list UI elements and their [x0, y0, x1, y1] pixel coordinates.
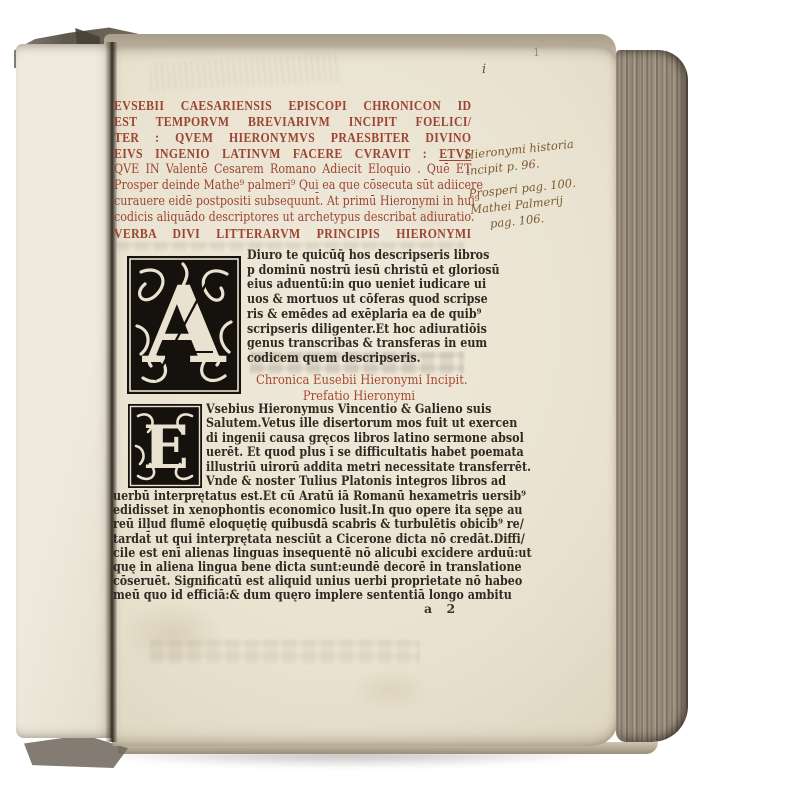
body-line: uerēt. Et quod plus ī se difficultatis h…	[206, 446, 469, 460]
chronica-rubric: Chronica Eusebii Hieronymi Incipit. Pref…	[247, 372, 471, 403]
handwritten-folio-mark: i	[482, 62, 486, 77]
body-line: uerbū interprętatus est.Et cū Aratū iā R…	[113, 490, 470, 504]
heading-line: EST TEMPORVM BREVIARIVM INCIPIT FOELICI/	[114, 114, 471, 130]
body-line: quę in aliena lingua bene dicta sunt:eun…	[113, 561, 470, 575]
heading-line: Prosper deinde Mathe⁹ palmeri⁹ Qui ea qu…	[114, 178, 471, 194]
preface-paragraph-full-width: uerbū interprętatus est.Et cū Aratū iā R…	[113, 490, 533, 604]
heading-line: VERBA DIVI LITTERARVM PRINCIPIS HIERONYM…	[114, 226, 471, 242]
body-line: p dominū nostrū iesū christū et gloriosū	[247, 264, 469, 279]
body-line: ris & emēdes ad exēplaria ea de quib⁹	[247, 308, 469, 323]
heading-line: QVE IN Valentē Cesarem Romano Adiecit El…	[114, 162, 471, 178]
body-line: di ingenii causa gręcos libros latino se…	[206, 432, 469, 446]
left-blank-page	[16, 44, 112, 738]
heading-line4-main: EIVS INGENIO LATINVM FACERE CVRAVIT :	[114, 146, 439, 161]
rubric-line-2: Prefatio Hieronymi	[256, 388, 462, 404]
woodcut-initial-e: E	[128, 404, 202, 492]
body-line: tardat̄ ut qui interprętata nesciūt a Ci…	[113, 533, 470, 547]
heading-line: curauere eidē postpositi subsequunt̄. At…	[114, 194, 471, 210]
adjuration-paragraph: Diuro te quicūq̄ hos descripseris libros…	[247, 249, 509, 367]
heading-line: EVSEBII CAESARIENSIS EPISCOPI CHRONICON …	[114, 98, 471, 114]
heading-line: codicis aliquādo descriptores ut archety…	[114, 210, 471, 226]
body-line: codicem quem descripseris.	[247, 352, 469, 367]
body-line: Diuro te quicūq̄ hos descripseris libros	[247, 249, 469, 264]
fore-edge-page-stack	[616, 50, 688, 742]
heading-line: EIVS INGENIO LATINVM FACERE CVRAVIT : ET…	[114, 146, 471, 162]
ink-show-through	[150, 640, 420, 664]
woodcut-initial-a: A	[127, 256, 241, 398]
preface-paragraph-beside-initial: Vsebius Hieronymus Vincentio & Galieno s…	[206, 403, 516, 489]
body-line: Salutem.Vetus ille disertorum mos fuit u…	[206, 417, 469, 431]
body-line: illustriū uirorū addita metri necessitat…	[206, 461, 469, 475]
body-line: uos & mortuos ut cōferas quod scripse	[247, 293, 469, 308]
body-line: Vsebius Hieronymus Vincentio & Galieno s…	[206, 403, 469, 417]
quire-signature: a 2	[424, 601, 460, 616]
body-line: scripseris diligenter.Et hoc adiuratiōis	[247, 323, 469, 338]
corner-pen-mark: 1	[533, 46, 540, 59]
body-line: eius aduentū:in quo ueniet iudicare ui	[247, 278, 469, 293]
body-line: Vnde & noster Tulius Platonis integros l…	[206, 475, 469, 489]
marginalia-annotation: Hieronymi historia incipit p. 96. Prospe…	[464, 133, 604, 234]
body-line: genus transcribas & transferas in eum	[247, 337, 469, 352]
svg-text:E: E	[143, 413, 189, 483]
body-line: reū illud flumē eloquętię quibusdā scabr…	[113, 518, 470, 532]
heading-line: TER : QVEM HIERONYMVS PRAESBITER DIVINO	[114, 130, 471, 146]
rubric-line-1: Chronica Eusebii Hieronymi Incipit.	[256, 372, 462, 388]
body-line: cōseruēt. Significatū est aliquid unius …	[113, 575, 470, 589]
body-line: cile est enī alienas linguas insequentē …	[113, 547, 470, 561]
incunable-book-photo: i 1 EVSEBII CAESARIENSIS EPISCOPI CHRONI…	[0, 0, 800, 800]
body-line: edidisset in xenophontis economico lusit…	[113, 504, 470, 518]
body-line: meū quo id efficiā:& dum quęro implere s…	[113, 589, 470, 603]
